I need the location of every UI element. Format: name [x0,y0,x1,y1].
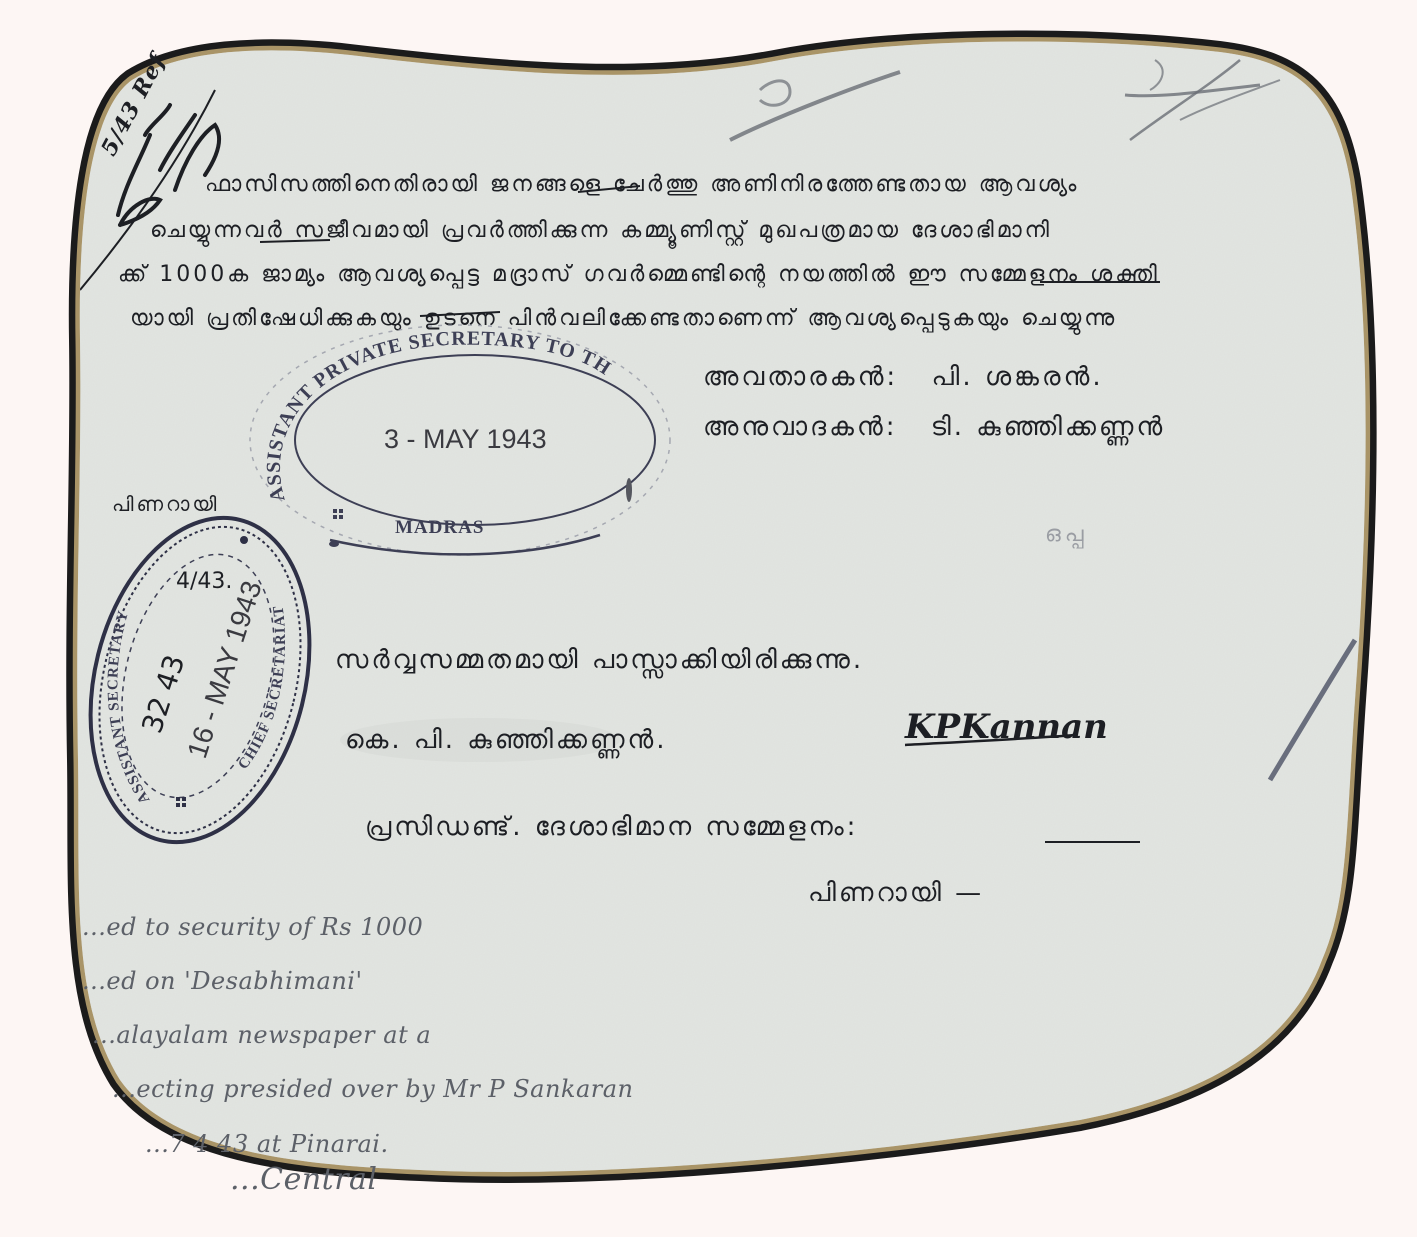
pencil-note-3: ...alayalam newspaper at a [92,1021,431,1049]
pencil-note-2: ...ed on 'Desabhimani' [82,967,363,995]
pencil-note-6: ...Central [230,1162,378,1197]
document-viewer: 5/43 Ref ഫാസിസത്തിനെതിരായി ജനങ്ങളെ ചേർത്… [0,0,1417,1237]
pencil-note-1: ...ed to security of Rs 1000 [82,913,423,941]
pencil-note-4: ...ecting presided over by Mr P Sankaran [112,1075,634,1103]
pencil-notes: ...ed to security of Rs 1000 ...ed on 'D… [0,0,1417,1237]
pencil-note-5: ...7 4 43 at Pinarai. [145,1130,389,1158]
